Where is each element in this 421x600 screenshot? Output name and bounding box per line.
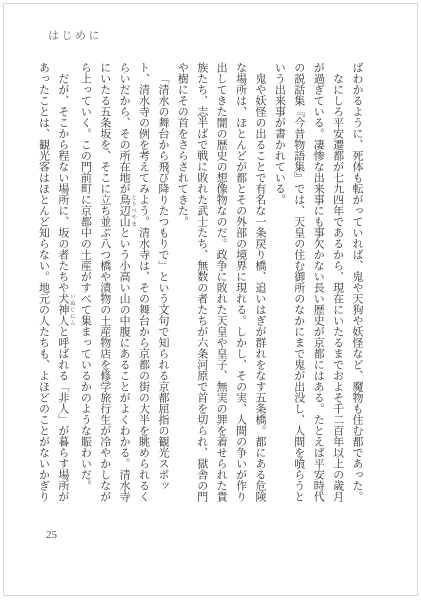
page-number: 25	[46, 529, 57, 541]
running-header: はじめに	[48, 27, 102, 43]
paragraph: 「清水の舞台から飛び降りたつもりで」という文句で知られる京都屈指の観光スポット、…	[75, 62, 172, 508]
body-text: ばわかるように、死体も転がっていれば、鬼や天狗や妖怪など、魔物も住む都であった。…	[32, 62, 366, 508]
book-page: はじめに ばわかるように、死体も転がっていれば、鬼や天狗や妖怪など、魔物も住む都…	[0, 0, 421, 600]
paragraph: なにしろ平安遷都が七九四年であるから、現在にいたるまでおよそ千二百年以上の歳月が…	[269, 62, 347, 508]
furigana: とりべやま	[130, 194, 136, 227]
paragraph: ばわかるように、死体も転がっていれば、鬼や天狗や妖怪など、魔物も住む都であった。	[347, 62, 366, 508]
furigana: いぬじにん	[69, 293, 75, 326]
ruby-annotated-word: 鳥辺山とりべやま	[118, 194, 130, 227]
paragraph: だが、そこから程ない場所に、坂の者たちや犬神人いぬじにんと呼ばれる「非人」が暮ら…	[32, 62, 75, 508]
ruby-annotated-word: 犬神人いぬじにん	[57, 293, 69, 326]
paragraph: 鬼や妖怪の出ることで有名な一条戻り橋、追いはぎが群れをなす五条橋。都にある危険な…	[172, 62, 269, 508]
